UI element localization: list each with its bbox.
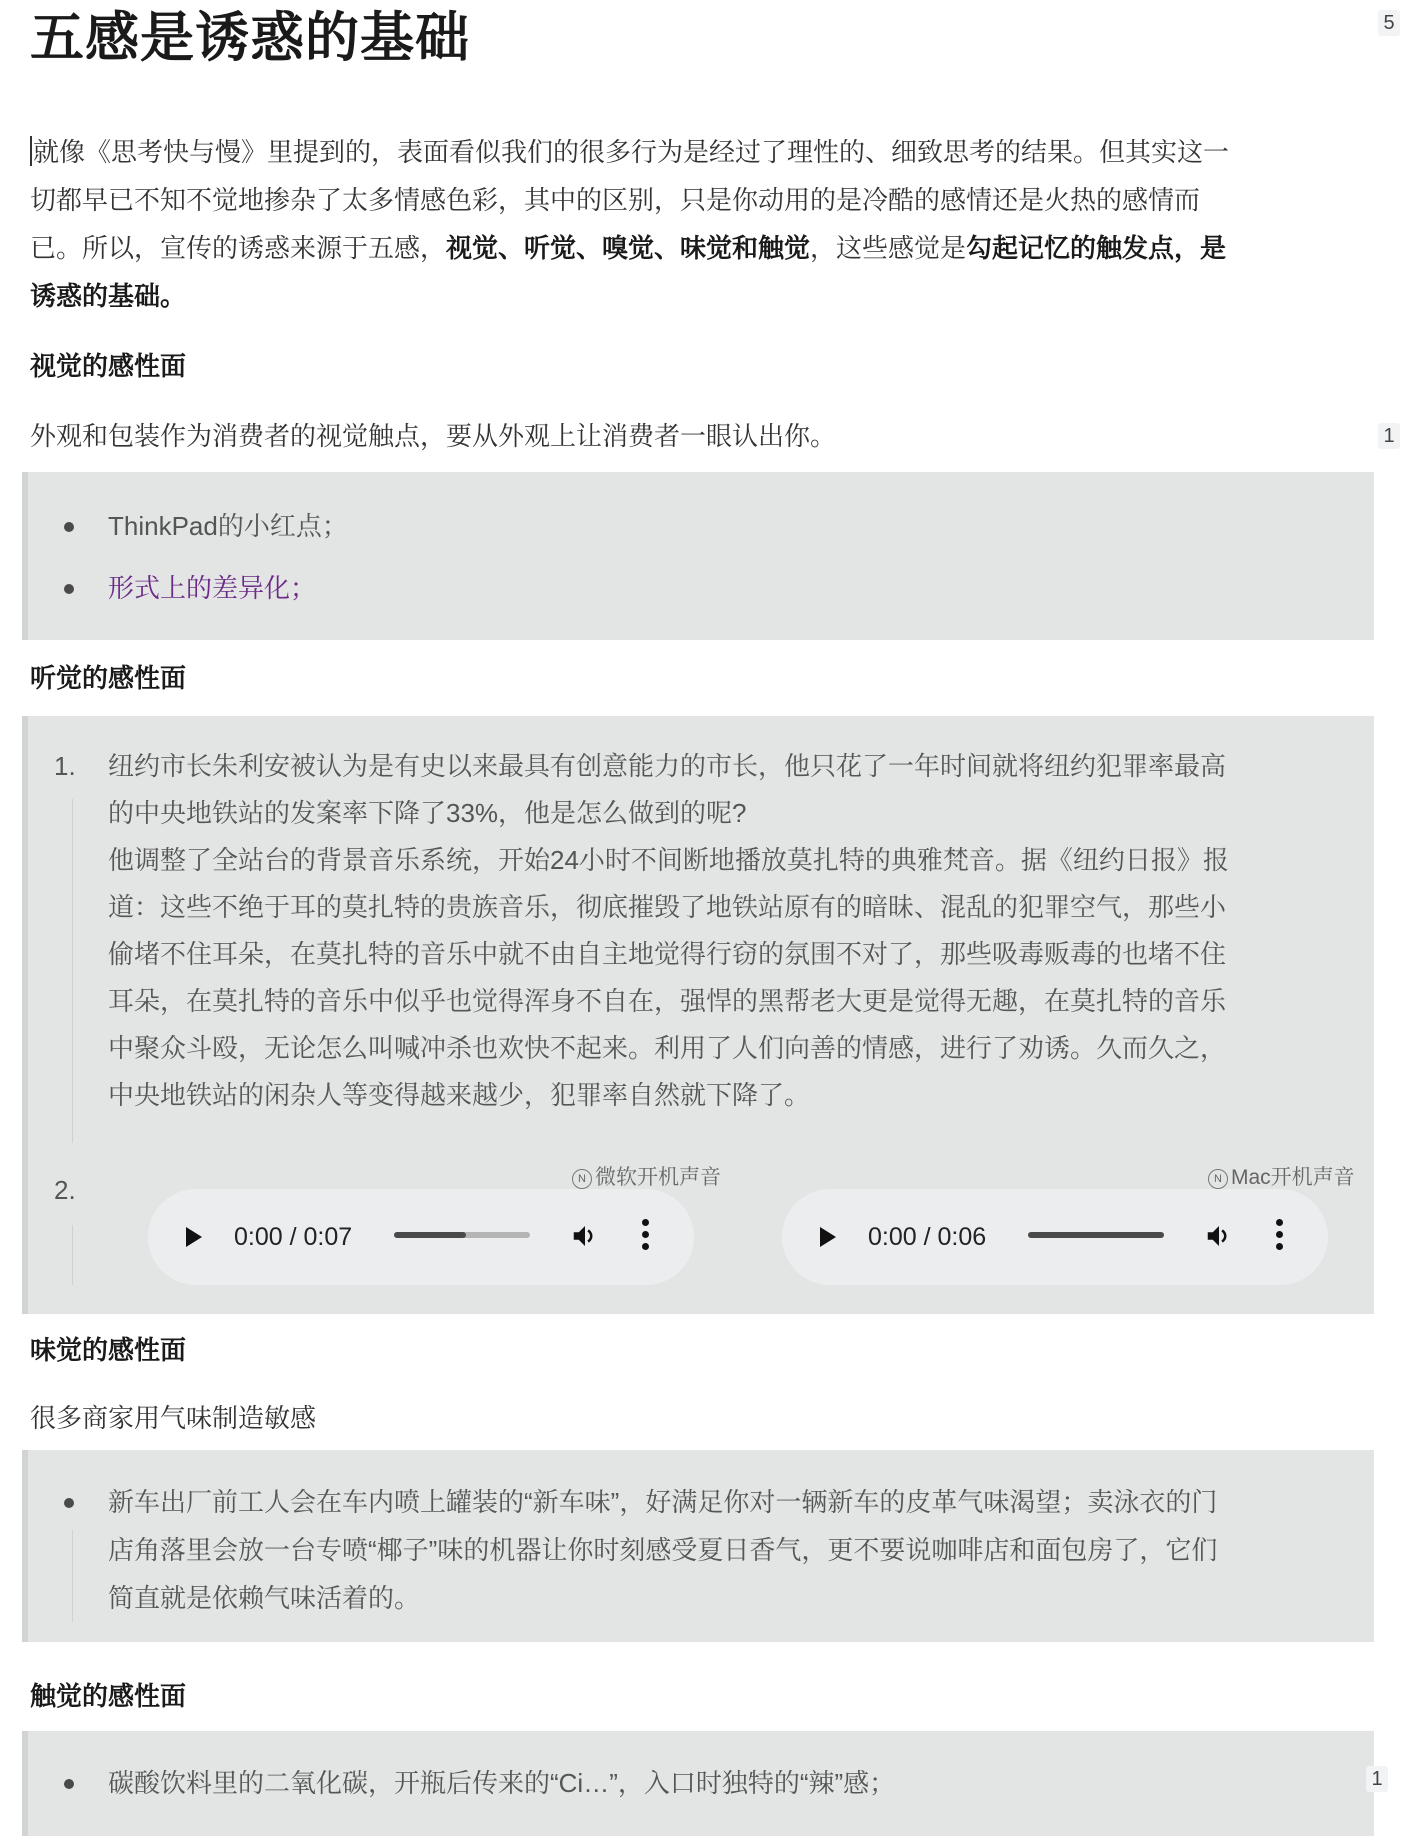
touch-blockquote: 碳酸饮料里的二氧化碳，开瓶后传来的“Ci…”，入口时独特的“辣”感； — [22, 1731, 1374, 1836]
list-item: 2. N微软开机声音 0:00 / 0:07 NMac开机声音 0: — [28, 1153, 1374, 1313]
page-title: 五感是诱惑的基础 — [30, 2, 470, 74]
section-heading-touch: 触觉的感性面 — [30, 1678, 186, 1714]
section-heading-audio: 听觉的感性面 — [30, 660, 186, 696]
audio-blockquote: 1. 纽约市长朱利安被认为是有史以来最具有创意能力的市长，他只花了一年时间就将纽… — [22, 716, 1374, 1314]
bullet-icon — [64, 1779, 74, 1789]
comment-count-badge[interactable]: 1 — [1366, 1766, 1388, 1792]
list-item: ThinkPad的小红点； — [28, 502, 1374, 550]
more-options-icon[interactable] — [1276, 1219, 1284, 1253]
visual-text: 外观和包装作为消费者的视觉触点，要从外观上让消费者一眼认出你。 — [30, 412, 1375, 460]
visited-link[interactable]: 形式上的差异化； — [108, 573, 316, 603]
note-icon: N — [1208, 1169, 1228, 1189]
bullet-icon — [64, 522, 74, 532]
text-cursor — [30, 136, 32, 166]
visual-blockquote: ThinkPad的小红点； 形式上的差异化； — [22, 472, 1374, 640]
bullet-icon — [64, 584, 74, 594]
audio-player-mac[interactable]: 0:00 / 0:06 — [782, 1189, 1328, 1285]
note-icon: N — [572, 1169, 592, 1189]
volume-icon[interactable] — [570, 1221, 600, 1251]
list-guide-line — [72, 1530, 73, 1622]
list-item[interactable]: 形式上的差异化； — [28, 564, 1374, 612]
list-item: 碳酸饮料里的二氧化碳，开瓶后传来的“Ci…”，入口时独特的“辣”感； — [28, 1759, 1374, 1807]
more-options-icon[interactable] — [642, 1219, 650, 1253]
audio-caption-mac: NMac开机声音 — [1208, 1161, 1355, 1191]
bullet-icon — [64, 1498, 74, 1508]
comment-count-badge[interactable]: 1 — [1378, 423, 1400, 449]
list-item: 新车出厂前工人会在车内喷上罐装的“新车味”，好满足你对一辆新车的皮革气味渴望；卖… — [28, 1478, 1374, 1622]
audio-seek-slider[interactable] — [394, 1232, 530, 1238]
page-count-badge: 5 — [1378, 10, 1400, 36]
taste-blockquote: 新车出厂前工人会在车内喷上罐装的“新车味”，好满足你对一辆新车的皮革气味渴望；卖… — [22, 1450, 1374, 1642]
audio-time: 0:00 / 0:06 — [868, 1219, 986, 1255]
section-heading-visual: 视觉的感性面 — [30, 348, 186, 384]
volume-icon[interactable] — [1204, 1221, 1234, 1251]
section-heading-taste: 味觉的感性面 — [30, 1332, 186, 1368]
play-icon[interactable] — [186, 1227, 202, 1247]
audio-time: 0:00 / 0:07 — [234, 1219, 352, 1255]
audio-player-windows[interactable]: 0:00 / 0:07 — [148, 1189, 694, 1285]
audio-seek-slider[interactable] — [1028, 1232, 1164, 1238]
audio-caption-windows: N微软开机声音 — [572, 1161, 721, 1191]
intro-paragraph: 就像《思考快与慢》里提到的，表面看似我们的很多行为是经过了理性的、细致思考的结果… — [30, 128, 1375, 320]
taste-text: 很多商家用气味制造敏感 — [30, 1394, 1375, 1442]
play-icon[interactable] — [820, 1227, 836, 1247]
list-guide-line — [72, 799, 73, 1143]
list-guide-line — [72, 1225, 73, 1285]
list-item: 1. 纽约市长朱利安被认为是有史以来最具有创意能力的市长，他只花了一年时间就将纽… — [28, 743, 1374, 1143]
